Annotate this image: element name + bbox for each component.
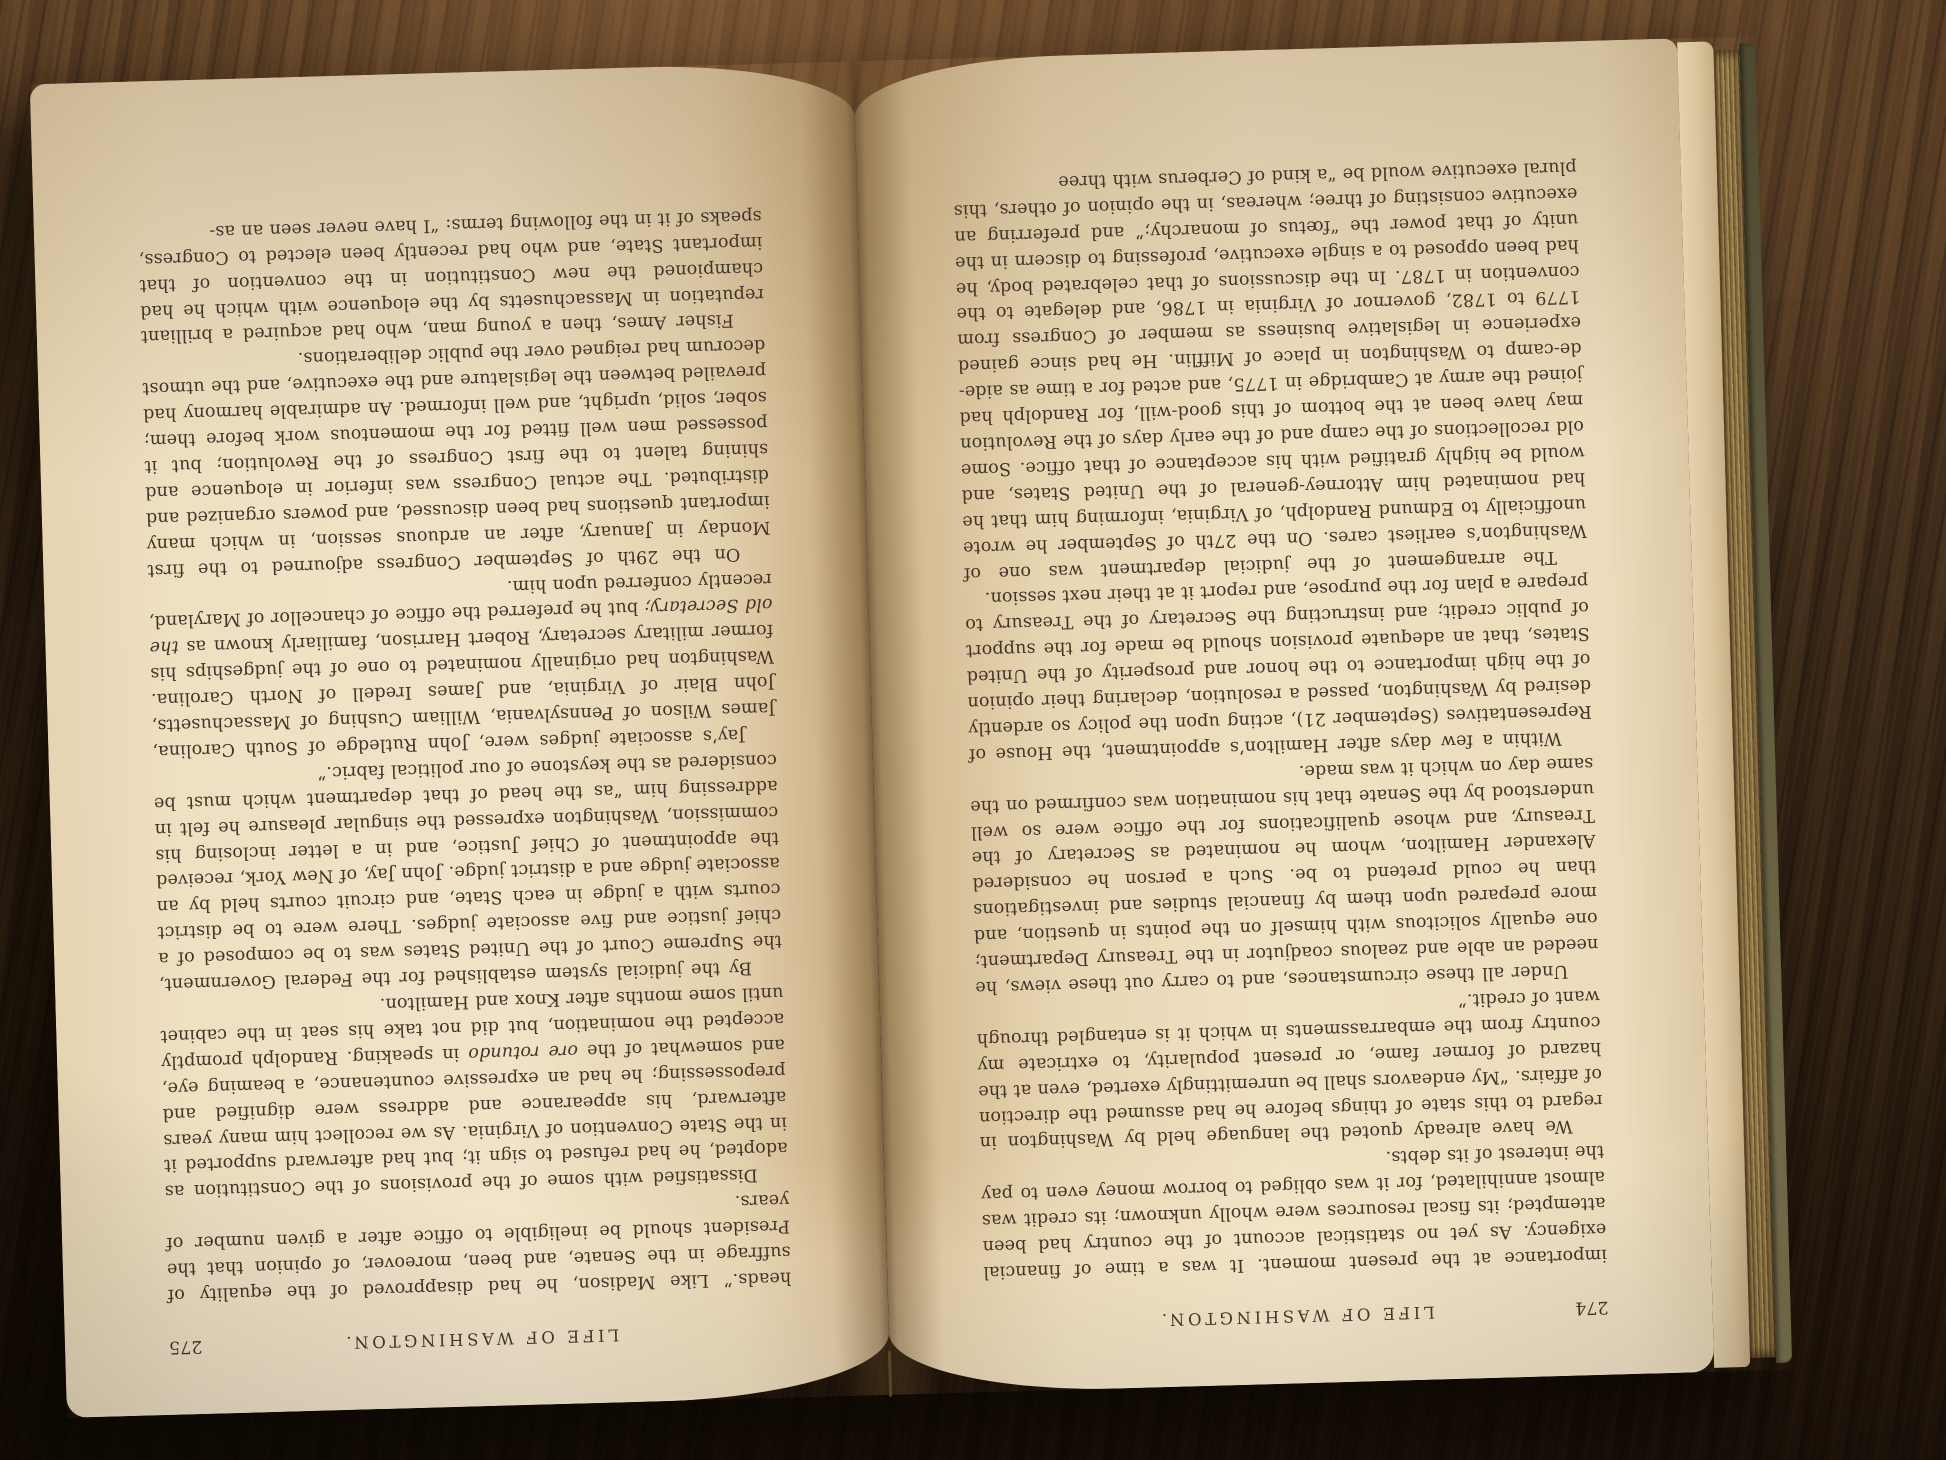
paragraph: importance at the present moment. It was… bbox=[980, 1137, 1607, 1284]
running-header-274: 274 LIFE OF WASHINGTON. bbox=[984, 1297, 1608, 1334]
paragraph: Within a few days after Hamilton’s appoi… bbox=[964, 568, 1593, 767]
text-run: Under all these circumstances, and to ca… bbox=[970, 753, 1599, 998]
paragraph: Jay’s associate judges were, John Rutled… bbox=[148, 564, 777, 763]
paragraph: Under all these circumstances, and to ca… bbox=[969, 749, 1599, 999]
running-title-275: LIFE OF WASHINGTON. bbox=[225, 1322, 737, 1355]
text-run: Fisher Ames, then a young man, who had a… bbox=[138, 206, 764, 347]
header-spacer bbox=[985, 1318, 1041, 1320]
text-run: Jay’s associate judges were, John Rutled… bbox=[150, 620, 776, 761]
paragraph: The arrangement of the judicial departme… bbox=[952, 153, 1587, 585]
text-run: By the judicial system established for t… bbox=[154, 750, 783, 995]
paragraph: By the judicial system established for t… bbox=[153, 746, 783, 996]
text-run: heads.” Like Madison, he had disapproved… bbox=[166, 1190, 792, 1305]
text-run: On the 29th of September Congress adjour… bbox=[142, 335, 771, 580]
page-274-text: importance at the present moment. It was… bbox=[952, 153, 1607, 1284]
page-number-275: 275 bbox=[169, 1335, 226, 1357]
text-run: importance at the present moment. It was… bbox=[981, 1141, 1607, 1282]
page-number-274: 274 bbox=[1552, 1297, 1609, 1319]
photo-of-open-book: 274 LIFE OF WASHINGTON. importance at th… bbox=[0, 0, 1946, 1460]
text-run: We have already quoted the language held… bbox=[976, 986, 1602, 1153]
text-run: The arrangement of the judicial departme… bbox=[953, 157, 1587, 583]
paragraph: Fisher Ames, then a young man, who had a… bbox=[138, 202, 765, 349]
page-275-text: heads.” Like Madison, he had disapproved… bbox=[138, 202, 792, 1307]
running-title-274: LIFE OF WASHINGTON. bbox=[1040, 1299, 1552, 1332]
page-275: LIFE OF WASHINGTON. 275 heads.” Like Mad… bbox=[30, 61, 891, 1417]
paragraph: On the 29th of September Congress adjour… bbox=[141, 331, 771, 581]
page-275-content: LIFE OF WASHINGTON. 275 heads.” Like Mad… bbox=[30, 61, 891, 1417]
page-spread: 274 LIFE OF WASHINGTON. importance at th… bbox=[30, 38, 1715, 1417]
open-book-upside-down: 274 LIFE OF WASHINGTON. importance at th… bbox=[30, 36, 1793, 1418]
running-header-275: LIFE OF WASHINGTON. 275 bbox=[169, 1320, 793, 1357]
page-274-content: 274 LIFE OF WASHINGTON. importance at th… bbox=[853, 38, 1714, 1394]
paragraph: heads.” Like Madison, he had disapproved… bbox=[165, 1186, 792, 1307]
text-run: Within a few days after Hamilton’s appoi… bbox=[965, 571, 1592, 764]
page-274: 274 LIFE OF WASHINGTON. importance at th… bbox=[853, 38, 1714, 1394]
italic-phrase: ore rotundo bbox=[468, 1040, 578, 1063]
header-spacer bbox=[737, 1325, 793, 1327]
paragraph: Dissatisfied with some of the provisions… bbox=[159, 979, 789, 1204]
paragraph: We have already quoted the language held… bbox=[976, 982, 1604, 1155]
